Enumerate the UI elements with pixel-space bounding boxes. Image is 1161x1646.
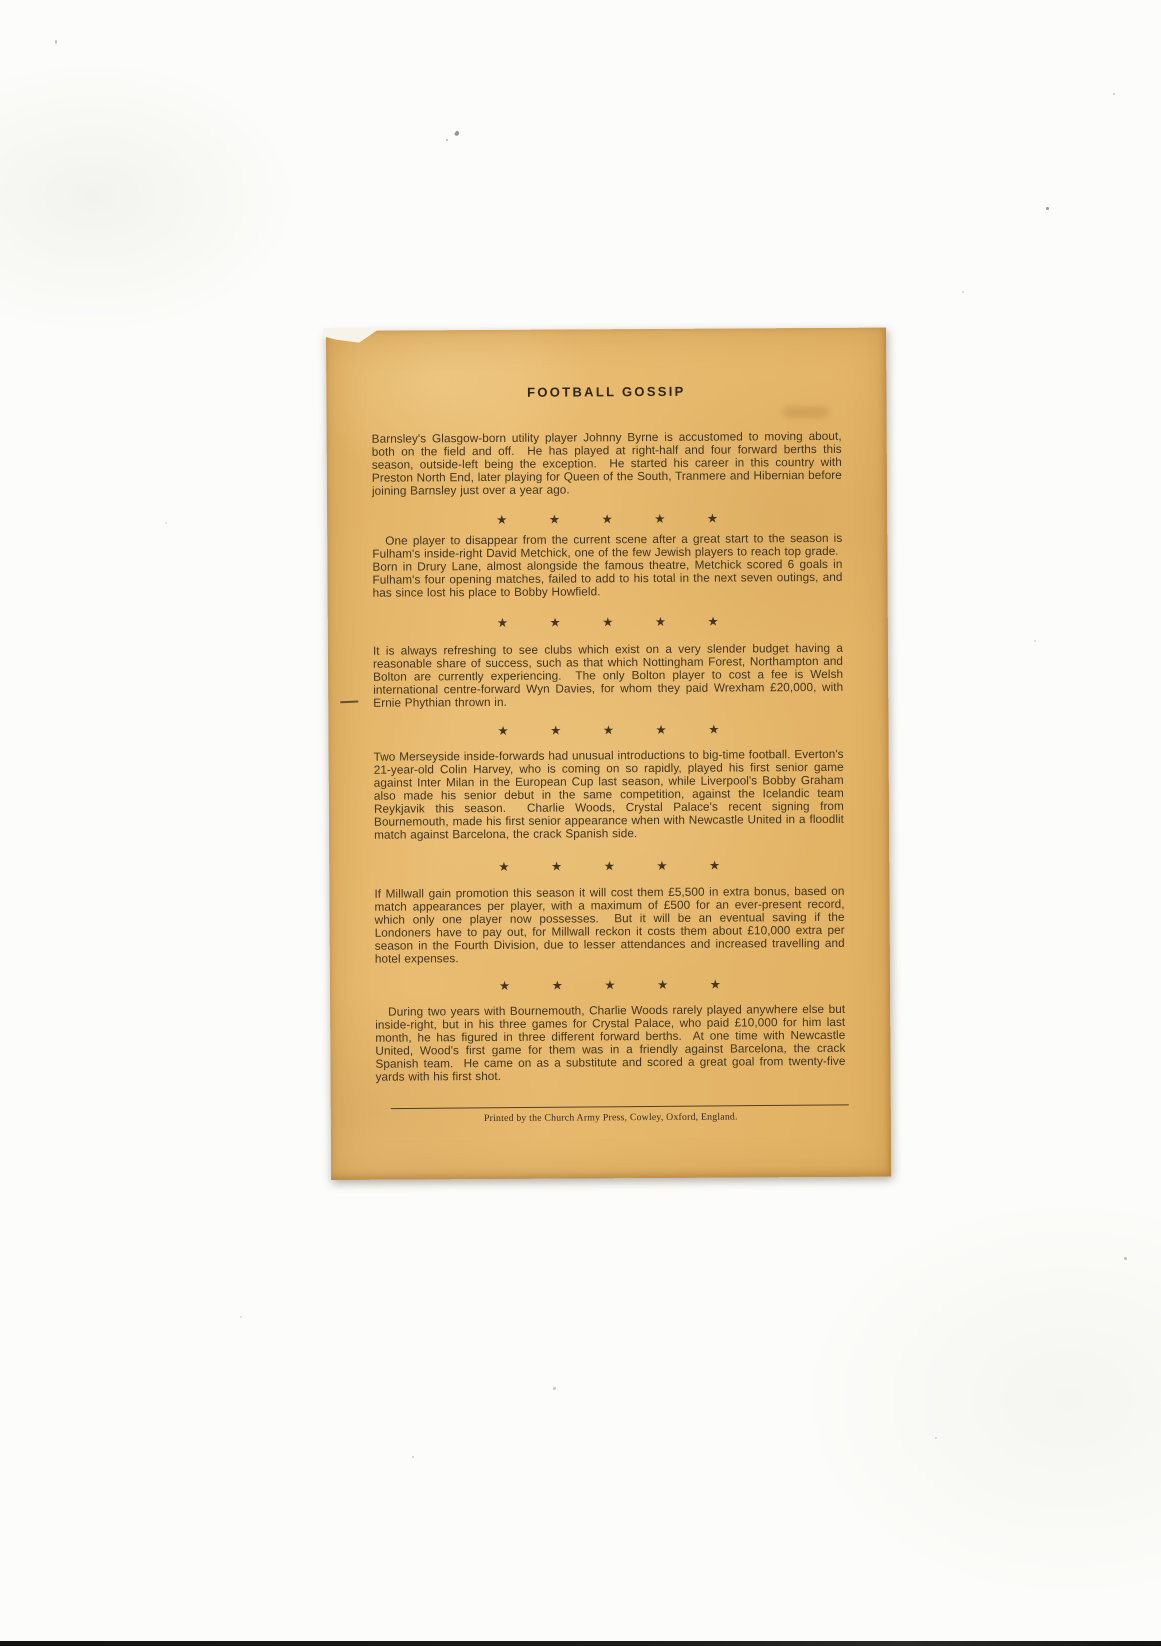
dust-speck [1046,207,1049,210]
dust-speck [1124,1257,1127,1260]
scanner-edge-strip [0,1641,1161,1646]
star-separator: ★ ★ ★ ★ ★ [375,978,845,993]
dust-speck [446,139,448,141]
dust-speck [1113,93,1115,95]
gossip-paragraph-2: One player to disappear from the current… [372,532,842,600]
printer-imprint: Printed by the Church Army Press, Cowley… [376,1111,846,1125]
dust-speck [962,291,964,293]
scan-background: { "doc": { "title": "FOOTBALL GOSSIP", "… [0,0,1161,1646]
dust-speck [412,1456,414,1458]
dust-speck [165,522,167,524]
footer-rule [391,1104,849,1109]
paper-tear [323,328,381,343]
star-separator: ★ ★ ★ ★ ★ [374,859,844,874]
dust-speck [553,1387,556,1390]
gossip-paragraph-5: If Millwall gain promotion this season i… [374,885,844,966]
page-content: FOOTBALL GOSSIP Barnsley's Glasgow-born … [326,384,891,1236]
gossip-paragraph-1: Barnsley's Glasgow-born utility player J… [372,430,842,498]
star-separator: ★ ★ ★ ★ ★ [372,512,842,527]
dust-speck [454,130,460,136]
page-title: FOOTBALL GOSSIP [371,384,841,400]
programme-page: FOOTBALL GOSSIP Barnsley's Glasgow-born … [326,328,891,1180]
dust-speck [935,1437,937,1439]
gossip-paragraph-6: During two years with Bournemouth, Charl… [375,1003,845,1084]
gossip-paragraph-3: It is always refreshing to see clubs whi… [373,642,843,710]
star-separator: ★ ★ ★ ★ ★ [373,723,843,738]
dust-speck [55,40,57,44]
gossip-paragraph-4: Two Merseyside inside-forwards had unusu… [374,748,845,842]
star-separator: ★ ★ ★ ★ ★ [373,615,843,630]
dust-speck [1034,640,1036,642]
dust-speck [240,1316,242,1318]
